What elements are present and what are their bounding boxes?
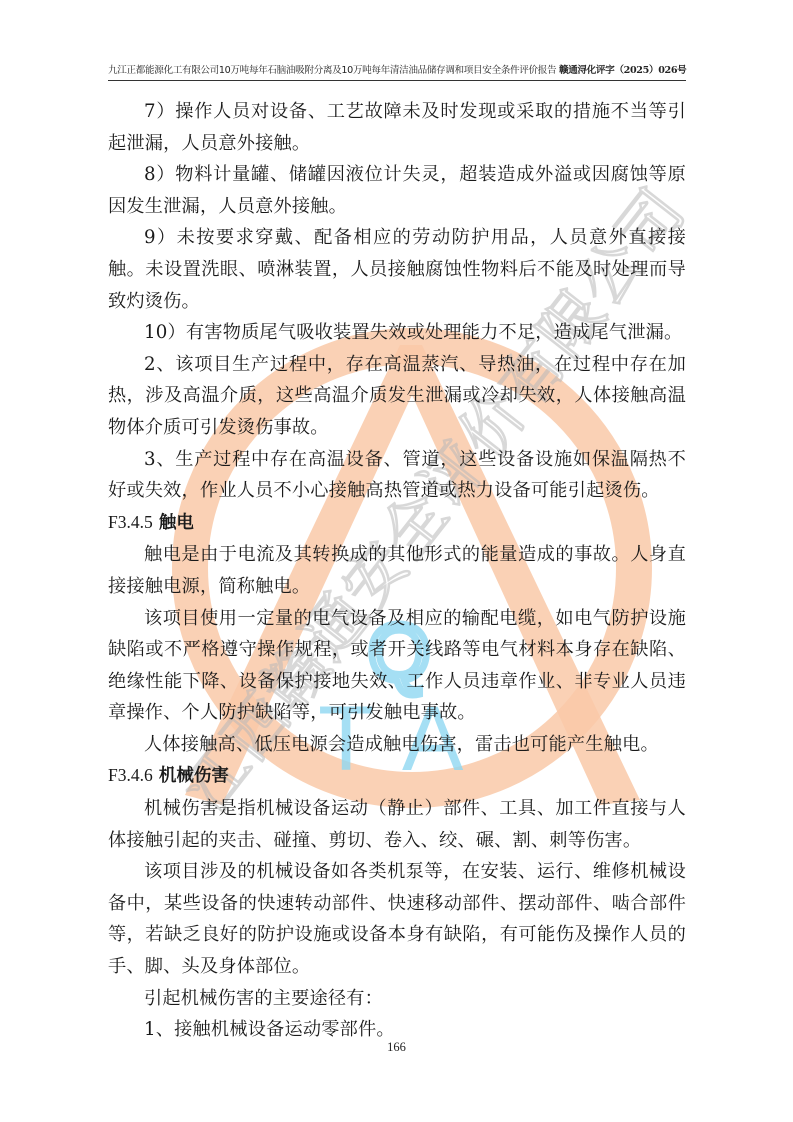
paragraph: 9）未按要求穿戴、配备相应的劳动防护用品，人员意外直接接触。未设置洗眼、喷淋装置…	[108, 222, 686, 317]
paragraph: 8）物料计量罐、储罐因液位计失灵，超装造成外溢或因腐蚀等原因发生泄漏，人员意外接…	[108, 159, 686, 222]
paragraph: 3、生产过程中存在高温设备、管道，这些设备设施如保温隔热不好或失效，作业人员不小…	[108, 444, 686, 507]
section-number: F3.4.6	[108, 765, 153, 785]
paragraph: 触电是由于电流及其转换成的其他形式的能量造成的事故。人身直接接触电源，简称触电。	[108, 539, 686, 602]
section-title: 触电	[159, 513, 194, 533]
section-heading-mechanical-injury: F3.4.6 机械伤害	[108, 760, 686, 793]
page-number: 166	[0, 1040, 793, 1055]
section-heading-electric-shock: F3.4.5 触电	[108, 507, 686, 540]
header-report-code: 赣通浔化评字（2025）026号	[559, 65, 686, 76]
paragraph: 10）有害物质尾气吸收装置失效或处理能力不足，造成尾气泄漏。	[108, 317, 686, 349]
paragraph: 人体接触高、低压电源会造成触电伤害，雷击也可能产生触电。	[108, 729, 686, 761]
page-content: 7）操作人员对设备、工艺故障未及时发现或采取的措施不当等引起泄漏，人员意外接触。…	[108, 96, 686, 1046]
page-header: 九江正都能源化工有限公司10万吨每年石脑油吸附分离及10万吨每年清洁油品储存调和…	[108, 64, 686, 81]
paragraph: 机械伤害是指机械设备运动（静止）部件、工具、加工件直接与人体接触引起的夹击、碰撞…	[108, 793, 686, 856]
paragraph: 2、该项目生产过程中，存在高温蒸汽、导热油，在过程中存在加热，涉及高温介质，这些…	[108, 349, 686, 444]
section-title: 机械伤害	[159, 766, 229, 786]
section-number: F3.4.5	[108, 512, 153, 532]
paragraph: 7）操作人员对设备、工艺故障未及时发现或采取的措施不当等引起泄漏，人员意外接触。	[108, 96, 686, 159]
paragraph: 引起机械伤害的主要途径有：	[108, 983, 686, 1015]
paragraph: 该项目涉及的机械设备如各类机泵等，在安装、运行、维修机械设备中，某些设备的快速转…	[108, 856, 686, 982]
paragraph: 该项目使用一定量的电气设备及相应的输配电缆，如电气防护设施缺陷或不严格遵守操作规…	[108, 603, 686, 729]
header-title: 九江正都能源化工有限公司10万吨每年石脑油吸附分离及10万吨每年清洁油品储存调和…	[108, 65, 556, 76]
